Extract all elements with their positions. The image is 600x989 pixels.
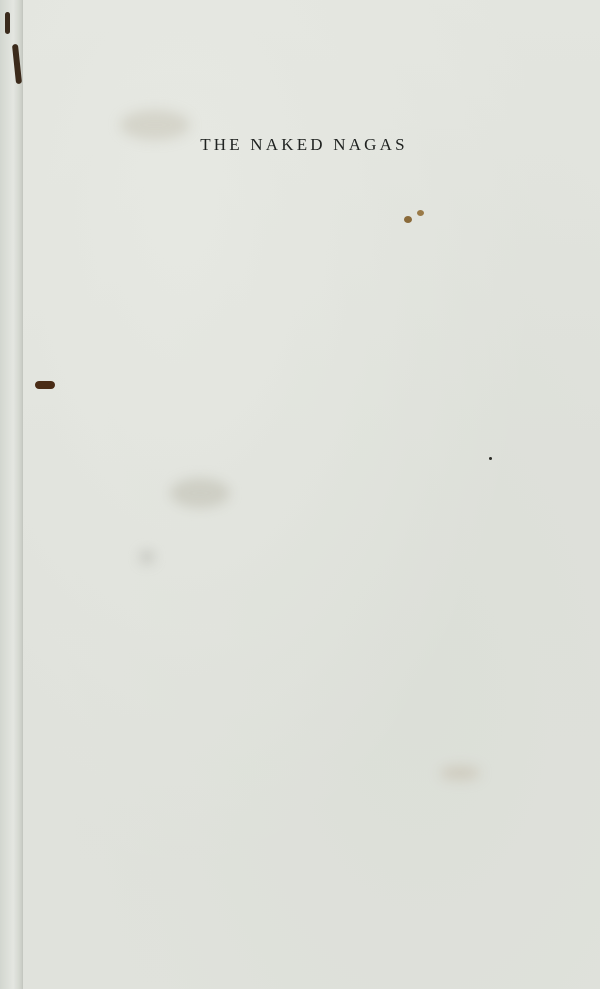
foxing-spot: [489, 457, 492, 460]
book-title: THE NAKED NAGAS: [0, 135, 600, 155]
water-stain: [140, 550, 154, 564]
book-page: THE NAKED NAGAS: [0, 0, 600, 989]
foxing-spot: [404, 216, 412, 223]
water-stain: [170, 478, 230, 508]
water-stain: [440, 766, 480, 780]
ink-blot-mark: [5, 12, 10, 34]
foxing-spot: [35, 381, 55, 389]
foxing-spot: [417, 210, 424, 216]
